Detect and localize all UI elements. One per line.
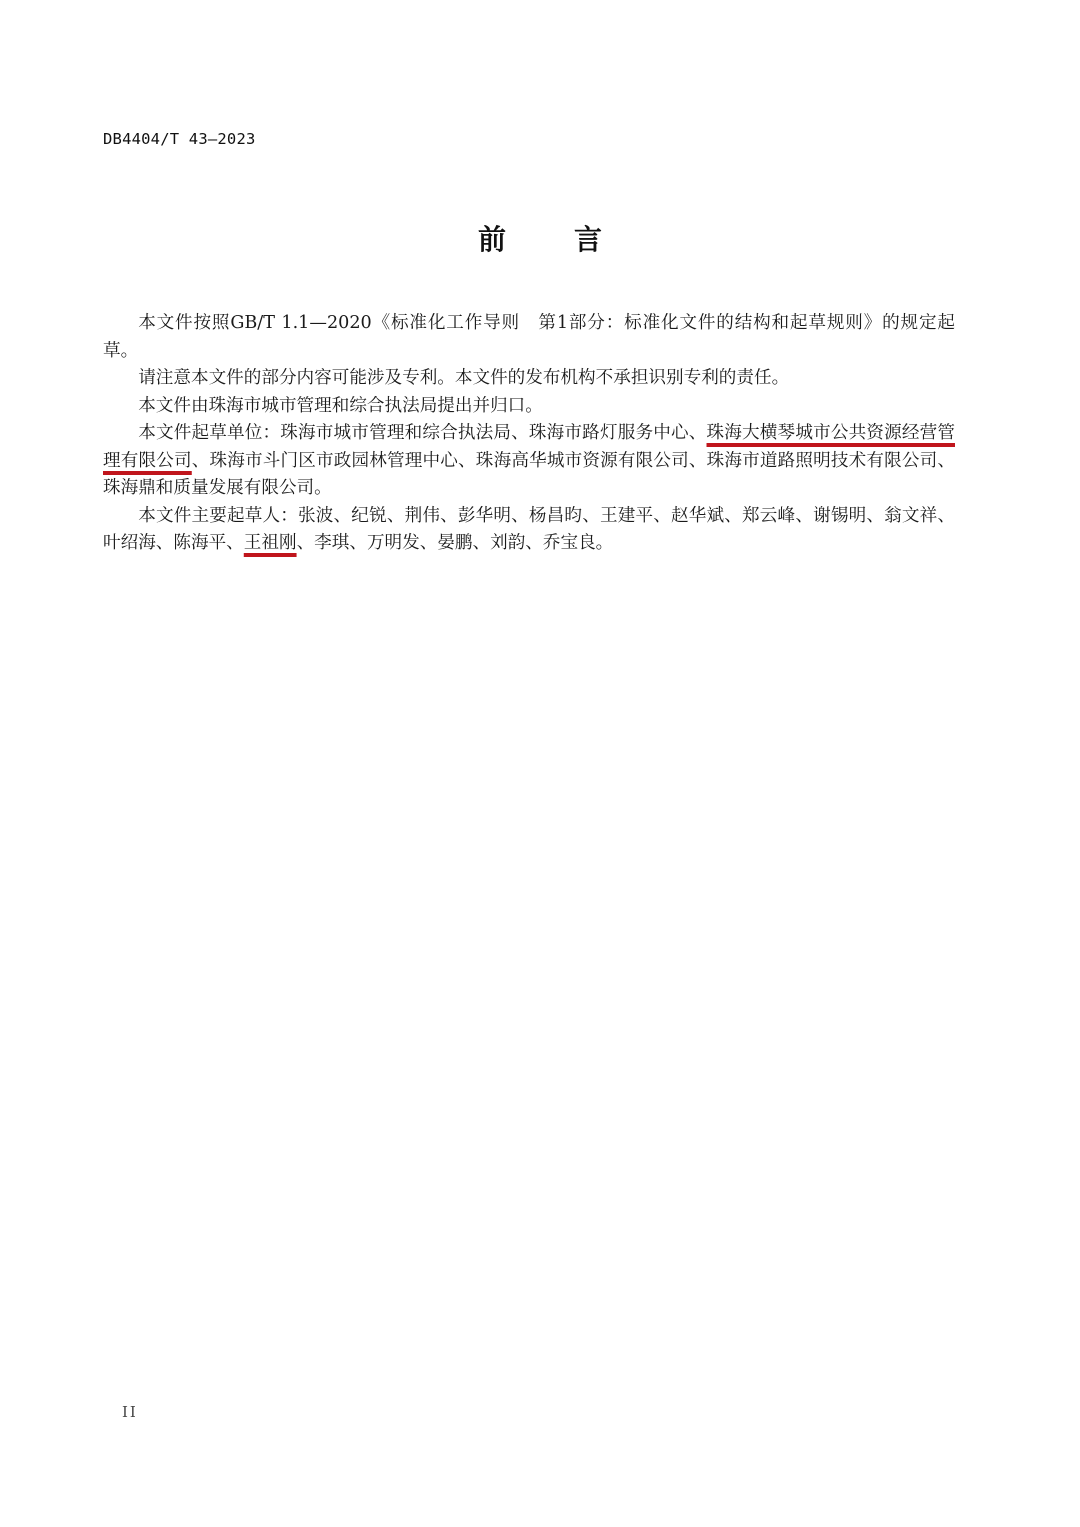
document-code: DB4404/T 43—2023: [103, 130, 256, 148]
title-char-1: 前: [478, 223, 506, 256]
drafting-units-prefix: 本文件起草单位：珠海市城市管理和综合执法局、珠海市路灯服务中心、: [138, 423, 706, 443]
paragraph-drafting-units: 本文件起草单位：珠海市城市管理和综合执法局、珠海市路灯服务中心、珠海大横琴城市公…: [103, 420, 955, 503]
paragraph-proposer: 本文件由珠海市城市管理和综合执法局提出并归口。: [103, 393, 955, 421]
paragraph-drafters: 本文件主要起草人：张波、纪锐、荆伟、彭华明、杨昌昀、王建平、赵华斌、郑云峰、谢锡…: [103, 503, 955, 558]
paragraph-patent-notice: 请注意本文件的部分内容可能涉及专利。本文件的发布机构不承担识别专利的责任。: [103, 365, 955, 393]
underlined-drafter-name: 王祖刚: [244, 533, 297, 553]
section-title: 前言: [0, 218, 1080, 258]
drafters-suffix: 、李琪、万明发、晏鹏、刘韵、乔宝良。: [297, 533, 614, 553]
paragraph-standard-basis: 本文件按照GB/T 1.1—2020《标准化工作导则 第1部分：标准化文件的结构…: [103, 310, 955, 365]
foreword-body: 本文件按照GB/T 1.1—2020《标准化工作导则 第1部分：标准化文件的结构…: [103, 310, 955, 558]
drafting-units-suffix: 、珠海市斗门区市政园林管理中心、珠海高华城市资源有限公司、珠海市道路照明技术有限…: [103, 451, 955, 499]
page-number: II: [122, 1403, 138, 1421]
title-char-2: 言: [574, 223, 602, 256]
